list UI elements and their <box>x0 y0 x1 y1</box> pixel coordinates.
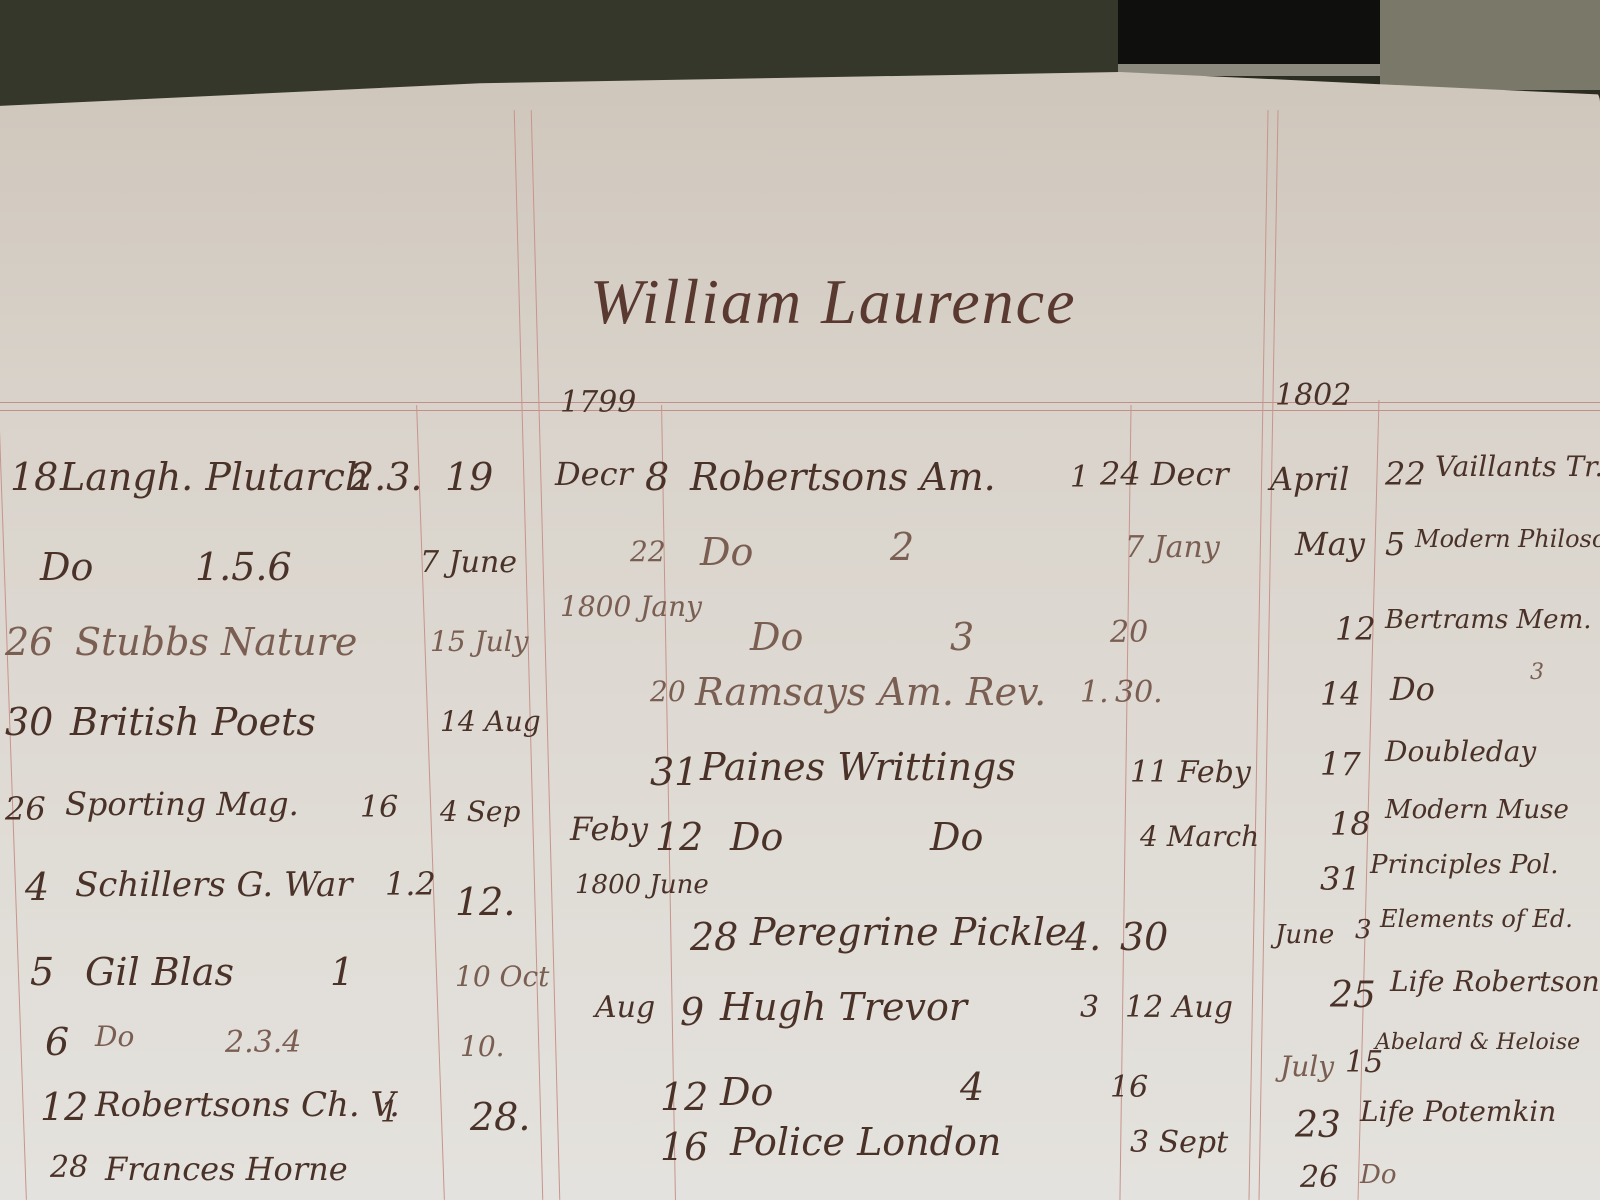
entry-return: 24 Decr <box>1100 455 1229 493</box>
entry-item: Schillers G. War <box>75 865 353 905</box>
entry-amount: 16 <box>360 790 398 825</box>
entry-day: 9 <box>680 990 704 1034</box>
entry-month: Feby <box>570 810 648 848</box>
entry-item: Langh. Plutarch <box>60 455 369 499</box>
entry-day: 26 <box>5 790 46 828</box>
adjacent-book-spine <box>1380 0 1600 90</box>
entry-day: 22 <box>630 535 666 568</box>
entry-return: 12. <box>455 880 515 924</box>
background-dark-gap <box>1118 0 1380 68</box>
entry-item: Life Potemkin <box>1360 1095 1556 1128</box>
entry-day: 5 <box>30 950 54 994</box>
entry-day: 31 <box>650 750 698 794</box>
entry-amount: 3 <box>1080 990 1099 1025</box>
entry-day: 5 <box>1385 525 1405 563</box>
entry-item: Abelard & Heloise <box>1375 1030 1580 1055</box>
entry-amount: 3 <box>1530 660 1544 685</box>
entry-item: Modern Philosophers <box>1415 525 1600 553</box>
entry-day: 12 <box>655 815 703 859</box>
entry-item: Do <box>1360 1160 1397 1190</box>
entry-return: 30. <box>1115 675 1163 710</box>
entry-return: 4 March <box>1140 820 1259 853</box>
entry-item: Principles Pol. <box>1370 850 1559 880</box>
entry-return: 11 Feby <box>1130 755 1251 790</box>
entry-item: Doubleday <box>1385 735 1536 768</box>
entry-item: Do <box>700 530 753 574</box>
entry-item: Sporting Mag. <box>65 785 299 823</box>
entry-item: Life Robertson <box>1390 965 1600 998</box>
entry-return: 10. <box>460 1030 505 1063</box>
entry-item: Paines Writtings <box>700 745 1016 789</box>
entry-item: Elements of Ed. <box>1380 905 1573 933</box>
entry-return: 19 <box>445 455 493 499</box>
entry-item: Do <box>730 815 783 859</box>
entry-day: 14 <box>1320 675 1361 713</box>
entry-day: 12 <box>1335 610 1376 648</box>
entry-return: 16 <box>1110 1070 1148 1105</box>
entry-day: 28 <box>50 1150 88 1185</box>
entry-item: Modern Muse <box>1385 795 1569 825</box>
entry-day: 16 <box>660 1125 708 1169</box>
entry-amount: 1.2 <box>385 865 436 903</box>
entry-day: 18 <box>1330 805 1371 843</box>
entry-item: Do <box>95 1020 134 1053</box>
entry-amount: 4 <box>960 1065 984 1109</box>
entry-return: 15 July <box>430 625 529 658</box>
entry-amount: 1 <box>330 950 354 994</box>
entry-item: Vaillants Tr. <box>1435 450 1600 483</box>
entry-return: 12 Aug <box>1125 990 1233 1025</box>
entry-return: 3 Sept <box>1130 1125 1228 1160</box>
entry-amount: 1.5.6 <box>195 545 292 589</box>
entry-return: 4 Sep <box>440 795 520 828</box>
entry-day: 26 <box>5 620 53 664</box>
entry-day: 4 <box>25 865 49 909</box>
entry-day: 26 <box>1300 1160 1338 1195</box>
entry-amount: 2.3.4 <box>225 1025 301 1060</box>
entry-month: April <box>1270 460 1349 498</box>
entry-item: Robertsons Am. <box>690 455 996 499</box>
entry-day: 3 <box>1355 915 1372 945</box>
entry-item: Ramsays Am. Rev. <box>695 670 1046 714</box>
entry-item: Police London <box>730 1120 1001 1164</box>
entry-day: 17 <box>1320 745 1361 783</box>
entry-amount: Do <box>930 815 983 859</box>
entry-amount: 1 <box>380 1095 399 1130</box>
header-rule-top <box>0 402 1600 403</box>
column-year: 1802 <box>1275 378 1351 413</box>
entry-day: 12 <box>660 1075 708 1119</box>
entry-day: 18 <box>10 455 58 499</box>
entry-amount: 4. <box>1065 915 1101 959</box>
entry-item: Do <box>720 1070 773 1114</box>
entry-day: 22 <box>1385 455 1426 493</box>
entry-amount: 1. <box>1080 675 1109 710</box>
entry-item: Do <box>750 615 803 659</box>
entry-day: 12 <box>40 1085 88 1129</box>
entry-day: 28 <box>690 915 738 959</box>
entry-return: 28. <box>470 1095 530 1139</box>
entry-amount: 2 <box>890 525 914 569</box>
entry-month: Aug <box>595 990 655 1025</box>
entry-amount: 3 <box>950 615 974 659</box>
entry-month: July <box>1280 1050 1334 1083</box>
entry-item: Frances Horne <box>105 1150 348 1188</box>
entry-day: 20 <box>650 675 686 708</box>
entry-amount: 1 <box>1070 460 1089 495</box>
entry-day: 6 <box>45 1020 69 1064</box>
entry-month: Decr <box>555 455 633 493</box>
entry-day: 25 <box>1330 975 1376 1016</box>
entry-item: Gil Blas <box>85 950 234 994</box>
entry-return: 7 June <box>420 545 517 580</box>
entry-return: 10 Oct <box>455 960 549 993</box>
entry-month: June <box>1275 920 1334 950</box>
entry-day: 8 <box>645 455 669 499</box>
entry-day: 23 <box>1295 1105 1341 1146</box>
entry-return: 7 Jany <box>1125 530 1220 565</box>
entry-month: 1800 Jany <box>560 590 702 623</box>
entry-amount: 2.3. <box>350 455 423 499</box>
entry-item: Do <box>1390 670 1435 708</box>
entry-item: British Poets <box>70 700 316 744</box>
header-rule-bottom <box>0 410 1600 411</box>
entry-day: 30 <box>5 700 53 744</box>
entry-item: Bertrams Mem. <box>1385 605 1592 635</box>
entry-day: 31 <box>1320 860 1361 898</box>
entry-return: 14 Aug <box>440 705 541 738</box>
entry-return: 20 <box>1110 615 1148 650</box>
column-year: 1799 <box>560 385 636 420</box>
entry-item: Do <box>40 545 93 589</box>
entry-month: 1800 June <box>575 870 709 900</box>
entry-item: Peregrine Pickle <box>750 910 1067 954</box>
entry-month: May <box>1295 525 1365 563</box>
entry-item: Robertsons Ch. V. <box>95 1085 400 1125</box>
entry-return: 30 <box>1120 915 1168 959</box>
entry-item: Stubbs Nature <box>75 620 357 664</box>
entry-item: Hugh Trevor <box>720 985 967 1029</box>
account-name-heading: William Laurence <box>590 265 1076 339</box>
